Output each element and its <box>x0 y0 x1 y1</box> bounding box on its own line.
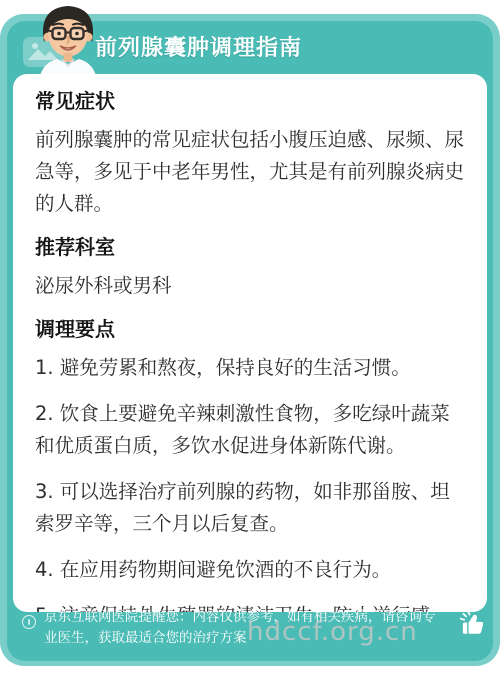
section-heading-care: 调理要点 <box>35 316 465 342</box>
section-body-symptoms: 前列腺囊肿的常见症状包括小腹压迫感、尿频、尿急等，多见于中老年男性，尤其是有前列… <box>35 124 465 220</box>
reminder-icon <box>22 615 36 629</box>
disclaimer-text: 京东互联网医院提醒您：内容仅供参考，如有相关疾病，请咨询专业医生，获取最适合您的… <box>44 607 458 649</box>
page-title: 前列腺囊肿调理指南 <box>95 31 302 62</box>
section-heading-department: 推荐科室 <box>35 234 465 260</box>
list-item: 3. 可以选择治疗前列腺的药物，如非那甾胺、坦索罗辛等，三个月以后复查。 <box>35 476 465 540</box>
thumbs-up-icon <box>458 609 486 637</box>
care-list: 1. 避免劳累和熬夜，保持良好的生活习惯。 2. 饮食上要避免辛辣刺激性食物，多… <box>35 352 465 612</box>
doctor-avatar <box>28 0 108 80</box>
content-card: 常见症状 前列腺囊肿的常见症状包括小腹压迫感、尿频、尿急等，多见于中老年男性，尤… <box>13 74 487 612</box>
section-body-department: 泌尿外科或男科 <box>35 270 465 302</box>
footer: 京东互联网医院提醒您：内容仅供参考，如有相关疾病，请咨询专业医生，获取最适合您的… <box>22 607 486 653</box>
like-button[interactable] <box>458 609 486 641</box>
list-item: 4. 在应用药物期间避免饮酒的不良行为。 <box>35 554 465 586</box>
list-item: 1. 避免劳累和熬夜，保持良好的生活习惯。 <box>35 352 465 384</box>
list-item: 2. 饮食上要避免辛辣刺激性食物，多吃绿叶蔬菜和优质蛋白质，多饮水促进身体新陈代… <box>35 398 465 462</box>
section-heading-symptoms: 常见症状 <box>35 88 465 114</box>
